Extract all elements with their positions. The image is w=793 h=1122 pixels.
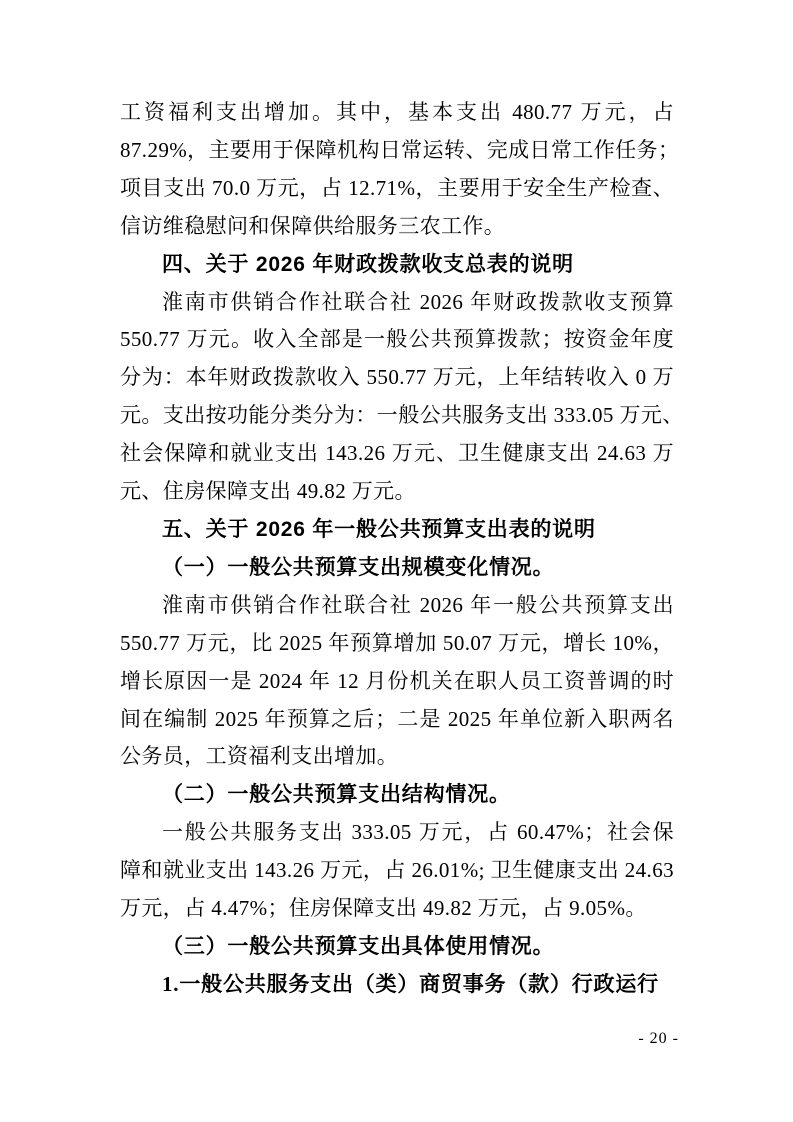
- heading-sub-two-structure: （二）一般公共预算支出结构情况。: [120, 776, 674, 814]
- text-line: 分为：本年财政拨款收入 550.77 万元，上年结转收入 0 万: [120, 359, 674, 397]
- text-line: 元。支出按功能分类分为：一般公共服务支出 333.05 万元、: [120, 397, 674, 435]
- text-line: 元、住房保障支出 49.82 万元。: [120, 473, 674, 511]
- paragraph-basic-project-expense: 工资福利支出增加。其中，基本支出 480.77 万元，占87.29%，主要用于保…: [120, 94, 674, 246]
- heading-item-one-admin-operation: 1.一般公共服务支出（类）商贸事务（款）行政运行: [120, 966, 674, 1004]
- paragraph-expense-scale-change: 淮南市供销合作社联合社 2026 年一般公共预算支出550.77 万元，比 20…: [120, 587, 674, 777]
- text-line: （二）一般公共预算支出结构情况。: [120, 776, 674, 814]
- heading-section-four: 四、关于 2026 年财政拨款收支总表的说明: [120, 246, 674, 284]
- page-number: - 20 -: [638, 1030, 679, 1047]
- text-line: 障和就业支出 143.26 万元，占 26.01%; 卫生健康支出 24.63: [120, 852, 674, 890]
- text-line: 工资福利支出增加。其中，基本支出 480.77 万元，占: [120, 94, 674, 132]
- document-body: 工资福利支出增加。其中，基本支出 480.77 万元，占87.29%，主要用于保…: [120, 94, 674, 1004]
- text-line: 淮南市供销合作社联合社 2026 年一般公共预算支出: [120, 587, 674, 625]
- text-line: （三）一般公共预算支出具体使用情况。: [120, 928, 674, 966]
- text-line: 五、关于 2026 年一般公共预算支出表的说明: [120, 511, 674, 549]
- text-line: 增长原因一是 2024 年 12 月份机关在职人员工资普调的时: [120, 663, 674, 701]
- paragraph-expense-structure: 一般公共服务支出 333.05 万元，占 60.47%；社会保障和就业支出 14…: [120, 814, 674, 928]
- heading-sub-three-specific-usage: （三）一般公共预算支出具体使用情况。: [120, 928, 674, 966]
- paragraph-fiscal-appropriation-budget: 淮南市供销合作社联合社 2026 年财政拨款收支预算550.77 万元。收入全部…: [120, 284, 674, 511]
- text-line: 间在编制 2025 年预算之后；二是 2025 年单位新入职两名: [120, 701, 674, 739]
- text-line: 四、关于 2026 年财政拨款收支总表的说明: [120, 246, 674, 284]
- text-line: （一）一般公共预算支出规模变化情况。: [120, 549, 674, 587]
- heading-sub-one-scale-change: （一）一般公共预算支出规模变化情况。: [120, 549, 674, 587]
- text-line: 1.一般公共服务支出（类）商贸事务（款）行政运行: [120, 966, 674, 1004]
- text-line: 550.77 万元，比 2025 年预算增加 50.07 万元，增长 10%，: [120, 625, 674, 663]
- text-line: 社会保障和就业支出 143.26 万元、卫生健康支出 24.63 万: [120, 435, 674, 473]
- document-page: { "page": { "background_color": "#ffffff…: [0, 0, 793, 1122]
- heading-section-five: 五、关于 2026 年一般公共预算支出表的说明: [120, 511, 674, 549]
- text-line: 万元，占 4.47%；住房保障支出 49.82 万元，占 9.05%。: [120, 890, 674, 928]
- text-line: 淮南市供销合作社联合社 2026 年财政拨款收支预算: [120, 284, 674, 322]
- text-line: 87.29%，主要用于保障机构日常运转、完成日常工作任务；: [120, 132, 674, 170]
- page-footer: - 20 -: [638, 1029, 679, 1049]
- text-line: 一般公共服务支出 333.05 万元，占 60.47%；社会保: [120, 814, 674, 852]
- text-line: 项目支出 70.0 万元，占 12.71%，主要用于安全生产检查、: [120, 170, 674, 208]
- text-line: 550.77 万元。收入全部是一般公共预算拨款；按资金年度: [120, 321, 674, 359]
- text-line: 公务员，工资福利支出增加。: [120, 738, 674, 776]
- text-line: 信访维稳慰问和保障供给服务三农工作。: [120, 208, 674, 246]
